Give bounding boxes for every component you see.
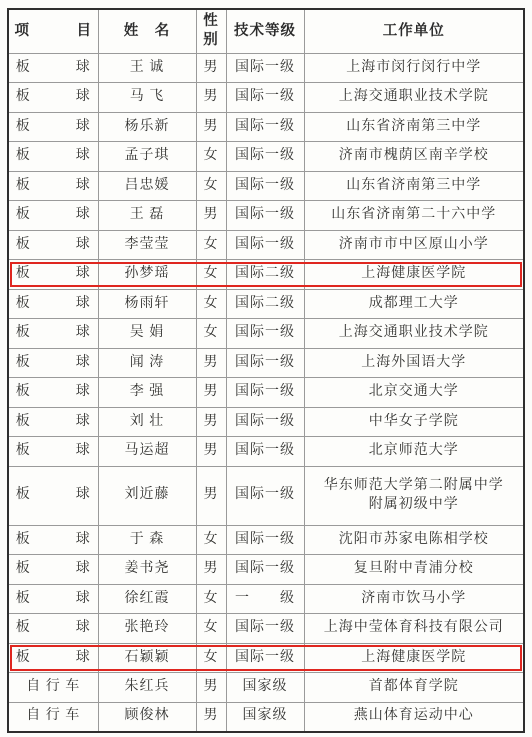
cell-grade: 国际一级 bbox=[226, 319, 304, 349]
cell-gender: 女 bbox=[196, 260, 226, 290]
cell-grade: 国家级 bbox=[226, 673, 304, 703]
table-row: 板 球杨乐新男国际一级山东省济南第三中学 bbox=[8, 112, 524, 142]
cell-sport: 板 球 bbox=[8, 614, 98, 644]
cell-grade: 国际一级 bbox=[226, 466, 304, 525]
table-row: 板 球徐红霞女一 级济南市饮马小学 bbox=[8, 584, 524, 614]
cell-name: 于 森 bbox=[98, 525, 196, 555]
cell-gender: 男 bbox=[196, 201, 226, 231]
col-header-unit: 工作单位 bbox=[304, 9, 524, 53]
cell-gender: 女 bbox=[196, 142, 226, 172]
table-row: 板 球王 诚男国际一级上海市闵行闵行中学 bbox=[8, 53, 524, 83]
col-header-name: 姓 名 bbox=[98, 9, 196, 53]
table-row: 板 球于 森女国际一级沈阳市苏家电陈相学校 bbox=[8, 525, 524, 555]
cell-gender: 女 bbox=[196, 643, 226, 673]
cell-grade: 国际一级 bbox=[226, 83, 304, 113]
cell-grade: 国际一级 bbox=[226, 53, 304, 83]
cell-grade: 国际一级 bbox=[226, 112, 304, 142]
cell-unit: 济南市饮马小学 bbox=[304, 584, 524, 614]
cell-name: 顾俊林 bbox=[98, 702, 196, 732]
cell-name: 杨乐新 bbox=[98, 112, 196, 142]
cell-name: 张艳玲 bbox=[98, 614, 196, 644]
cell-gender: 男 bbox=[196, 437, 226, 467]
cell-name: 石颖颖 bbox=[98, 643, 196, 673]
cell-name: 徐红霞 bbox=[98, 584, 196, 614]
cell-gender: 男 bbox=[196, 378, 226, 408]
athlete-grade-table: 项 目姓 名性别技术等级工作单位 板 球王 诚男国际一级上海市闵行闵行中学板 球… bbox=[7, 8, 525, 733]
cell-name: 孙梦瑶 bbox=[98, 260, 196, 290]
cell-grade: 国际一级 bbox=[226, 407, 304, 437]
cell-grade: 国际一级 bbox=[226, 230, 304, 260]
col-header-gender: 性别 bbox=[196, 9, 226, 53]
cell-name: 吕忠媛 bbox=[98, 171, 196, 201]
table-row: 板 球马 飞男国际一级上海交通职业技术学院 bbox=[8, 83, 524, 113]
cell-sport: 板 球 bbox=[8, 319, 98, 349]
cell-sport: 板 球 bbox=[8, 171, 98, 201]
cell-gender: 男 bbox=[196, 555, 226, 585]
cell-name: 刘近藤 bbox=[98, 466, 196, 525]
table-row: 自 行 车朱红兵男国家级首都体育学院 bbox=[8, 673, 524, 703]
table-row: 板 球吕忠媛女国际一级山东省济南第三中学 bbox=[8, 171, 524, 201]
cell-name: 王 诚 bbox=[98, 53, 196, 83]
cell-grade: 国际一级 bbox=[226, 555, 304, 585]
cell-sport: 板 球 bbox=[8, 584, 98, 614]
table-row: 板 球吴 娟女国际一级上海交通职业技术学院 bbox=[8, 319, 524, 349]
cell-grade: 国际一级 bbox=[226, 437, 304, 467]
cell-sport: 板 球 bbox=[8, 142, 98, 172]
cell-name: 杨雨轩 bbox=[98, 289, 196, 319]
cell-unit: 华东师范大学第二附属中学 附属初级中学 bbox=[304, 466, 524, 525]
cell-gender: 男 bbox=[196, 112, 226, 142]
cell-gender: 女 bbox=[196, 525, 226, 555]
cell-name: 王 磊 bbox=[98, 201, 196, 231]
cell-name: 李莹莹 bbox=[98, 230, 196, 260]
cell-sport: 板 球 bbox=[8, 53, 98, 83]
cell-name: 马 飞 bbox=[98, 83, 196, 113]
cell-sport: 自 行 车 bbox=[8, 673, 98, 703]
table-row: 板 球杨雨轩女国际二级成都理工大学 bbox=[8, 289, 524, 319]
table-row-highlighted: 板 球孙梦瑶女国际二级上海健康医学院 bbox=[8, 260, 524, 290]
cell-unit: 复旦附中青浦分校 bbox=[304, 555, 524, 585]
cell-grade: 国际一级 bbox=[226, 348, 304, 378]
table-row: 板 球闻 涛男国际一级上海外国语大学 bbox=[8, 348, 524, 378]
table-row: 板 球王 磊男国际一级山东省济南第二十六中学 bbox=[8, 201, 524, 231]
header-row: 项 目姓 名性别技术等级工作单位 bbox=[8, 9, 524, 53]
cell-gender: 女 bbox=[196, 171, 226, 201]
cell-unit: 济南市市中区原山小学 bbox=[304, 230, 524, 260]
cell-unit: 上海健康医学院 bbox=[304, 643, 524, 673]
cell-unit: 上海外国语大学 bbox=[304, 348, 524, 378]
col-header-sport: 项 目 bbox=[8, 9, 98, 53]
cell-sport: 板 球 bbox=[8, 555, 98, 585]
cell-unit: 山东省济南第三中学 bbox=[304, 171, 524, 201]
table-header: 项 目姓 名性别技术等级工作单位 bbox=[8, 9, 524, 53]
cell-unit: 成都理工大学 bbox=[304, 289, 524, 319]
cell-grade: 国际一级 bbox=[226, 525, 304, 555]
cell-gender: 女 bbox=[196, 319, 226, 349]
table-row: 板 球李 强男国际一级北京交通大学 bbox=[8, 378, 524, 408]
cell-unit: 山东省济南第三中学 bbox=[304, 112, 524, 142]
table-row: 板 球刘 壮男国际一级中华女子学院 bbox=[8, 407, 524, 437]
cell-gender: 女 bbox=[196, 289, 226, 319]
cell-gender: 男 bbox=[196, 673, 226, 703]
cell-gender: 男 bbox=[196, 702, 226, 732]
table-row-highlighted: 板 球石颖颖女国际一级上海健康医学院 bbox=[8, 643, 524, 673]
cell-gender: 男 bbox=[196, 83, 226, 113]
cell-grade: 国际二级 bbox=[226, 289, 304, 319]
cell-sport: 板 球 bbox=[8, 289, 98, 319]
cell-sport: 自 行 车 bbox=[8, 702, 98, 732]
cell-name: 吴 娟 bbox=[98, 319, 196, 349]
cell-unit: 首都体育学院 bbox=[304, 673, 524, 703]
cell-gender: 男 bbox=[196, 53, 226, 83]
cell-grade: 国家级 bbox=[226, 702, 304, 732]
cell-gender: 男 bbox=[196, 348, 226, 378]
cell-gender: 女 bbox=[196, 584, 226, 614]
cell-name: 朱红兵 bbox=[98, 673, 196, 703]
cell-unit: 上海中莹体育科技有限公司 bbox=[304, 614, 524, 644]
table-row: 板 球张艳玲女国际一级上海中莹体育科技有限公司 bbox=[8, 614, 524, 644]
cell-unit: 北京交通大学 bbox=[304, 378, 524, 408]
table-row: 板 球刘近藤男国际一级华东师范大学第二附属中学 附属初级中学 bbox=[8, 466, 524, 525]
table-row: 板 球李莹莹女国际一级济南市市中区原山小学 bbox=[8, 230, 524, 260]
cell-gender: 男 bbox=[196, 407, 226, 437]
cell-grade: 国际一级 bbox=[226, 171, 304, 201]
cell-sport: 板 球 bbox=[8, 112, 98, 142]
cell-unit: 济南市槐荫区南辛学校 bbox=[304, 142, 524, 172]
cell-name: 马运超 bbox=[98, 437, 196, 467]
cell-unit: 燕山体育运动中心 bbox=[304, 702, 524, 732]
cell-sport: 板 球 bbox=[8, 230, 98, 260]
cell-unit: 北京师范大学 bbox=[304, 437, 524, 467]
cell-grade: 国际一级 bbox=[226, 142, 304, 172]
scanned-document-page: 项 目姓 名性别技术等级工作单位 板 球王 诚男国际一级上海市闵行闵行中学板 球… bbox=[0, 0, 532, 737]
cell-sport: 板 球 bbox=[8, 378, 98, 408]
cell-sport: 板 球 bbox=[8, 83, 98, 113]
cell-grade: 国际二级 bbox=[226, 260, 304, 290]
table-row: 板 球孟子琪女国际一级济南市槐荫区南辛学校 bbox=[8, 142, 524, 172]
cell-unit: 沈阳市苏家电陈相学校 bbox=[304, 525, 524, 555]
cell-name: 刘 壮 bbox=[98, 407, 196, 437]
cell-gender: 女 bbox=[196, 614, 226, 644]
cell-name: 姜书尧 bbox=[98, 555, 196, 585]
cell-grade: 国际一级 bbox=[226, 614, 304, 644]
cell-grade: 国际一级 bbox=[226, 643, 304, 673]
cell-gender: 男 bbox=[196, 466, 226, 525]
cell-unit: 上海健康医学院 bbox=[304, 260, 524, 290]
cell-unit: 山东省济南第二十六中学 bbox=[304, 201, 524, 231]
cell-sport: 板 球 bbox=[8, 348, 98, 378]
cell-gender: 女 bbox=[196, 230, 226, 260]
cell-grade: 国际一级 bbox=[226, 378, 304, 408]
table-row: 自 行 车顾俊林男国家级燕山体育运动中心 bbox=[8, 702, 524, 732]
cell-unit: 上海交通职业技术学院 bbox=[304, 83, 524, 113]
col-header-grade: 技术等级 bbox=[226, 9, 304, 53]
cell-sport: 板 球 bbox=[8, 201, 98, 231]
cell-sport: 板 球 bbox=[8, 407, 98, 437]
cell-sport: 板 球 bbox=[8, 643, 98, 673]
cell-unit: 中华女子学院 bbox=[304, 407, 524, 437]
cell-grade: 国际一级 bbox=[226, 201, 304, 231]
cell-name: 孟子琪 bbox=[98, 142, 196, 172]
cell-unit: 上海市闵行闵行中学 bbox=[304, 53, 524, 83]
cell-name: 李 强 bbox=[98, 378, 196, 408]
cell-sport: 板 球 bbox=[8, 466, 98, 525]
cell-sport: 板 球 bbox=[8, 525, 98, 555]
cell-sport: 板 球 bbox=[8, 260, 98, 290]
table-row: 板 球姜书尧男国际一级复旦附中青浦分校 bbox=[8, 555, 524, 585]
cell-grade: 一 级 bbox=[226, 584, 304, 614]
table-row: 板 球马运超男国际一级北京师范大学 bbox=[8, 437, 524, 467]
cell-unit: 上海交通职业技术学院 bbox=[304, 319, 524, 349]
cell-name: 闻 涛 bbox=[98, 348, 196, 378]
table-body: 板 球王 诚男国际一级上海市闵行闵行中学板 球马 飞男国际一级上海交通职业技术学… bbox=[8, 53, 524, 732]
cell-sport: 板 球 bbox=[8, 437, 98, 467]
